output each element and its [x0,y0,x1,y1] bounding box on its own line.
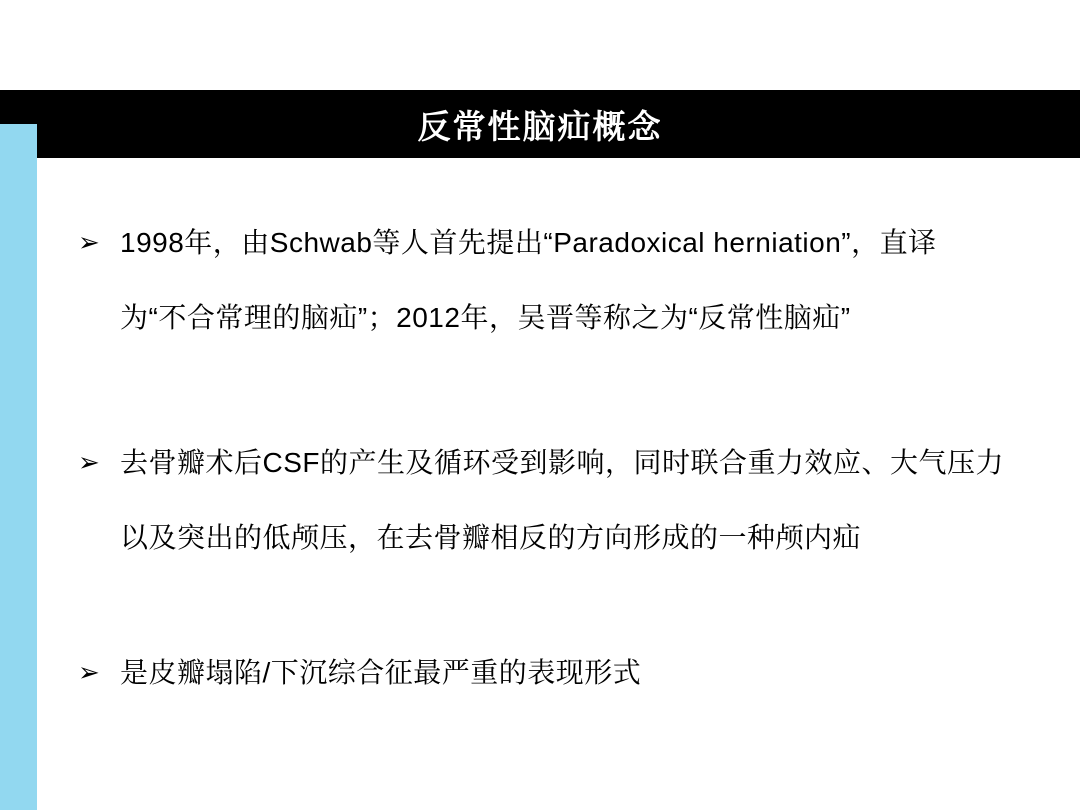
arrowhead-bullet-icon: ➢ [78,425,120,500]
presentation-slide: 反常性脑疝概念 ➢ 1998年，由Schwab等人首先提出“Paradoxica… [0,0,1080,810]
bullet-line: 1998年，由Schwab等人首先提出“Paradoxical herniati… [120,205,1058,280]
slide-title: 反常性脑疝概念 [418,101,663,148]
arrowhead-bullet-icon: ➢ [78,205,120,280]
bullet-line: 是皮瓣塌陷/下沉综合征最严重的表现形式 [120,635,1058,710]
arrowhead-bullet-icon: ➢ [78,635,120,710]
accent-stripe [0,124,37,810]
bullet-item: ➢ 1998年，由Schwab等人首先提出“Paradoxical hernia… [78,205,1058,355]
bullet-line: 去骨瓣术后CSF的产生及循环受到影响，同时联合重力效应、大气压力 [120,425,1058,500]
bullet-item: ➢ 去骨瓣术后CSF的产生及循环受到影响，同时联合重力效应、大气压力 以及突出的… [78,425,1058,575]
bullet-line: 为“不合常理的脑疝”；2012年，吴晋等称之为“反常性脑疝” [120,280,1058,355]
bullet-text: 是皮瓣塌陷/下沉综合征最严重的表现形式 [120,635,1058,710]
bullet-text: 1998年，由Schwab等人首先提出“Paradoxical herniati… [120,205,1058,355]
bullet-text: 去骨瓣术后CSF的产生及循环受到影响，同时联合重力效应、大气压力 以及突出的低颅… [120,425,1058,575]
bullet-item: ➢ 是皮瓣塌陷/下沉综合征最严重的表现形式 [78,635,1058,710]
bullet-line: 以及突出的低颅压，在去骨瓣相反的方向形成的一种颅内疝 [120,500,1058,575]
slide-title-bar: 反常性脑疝概念 [0,90,1080,158]
bullet-list: ➢ 1998年，由Schwab等人首先提出“Paradoxical hernia… [78,205,1058,710]
